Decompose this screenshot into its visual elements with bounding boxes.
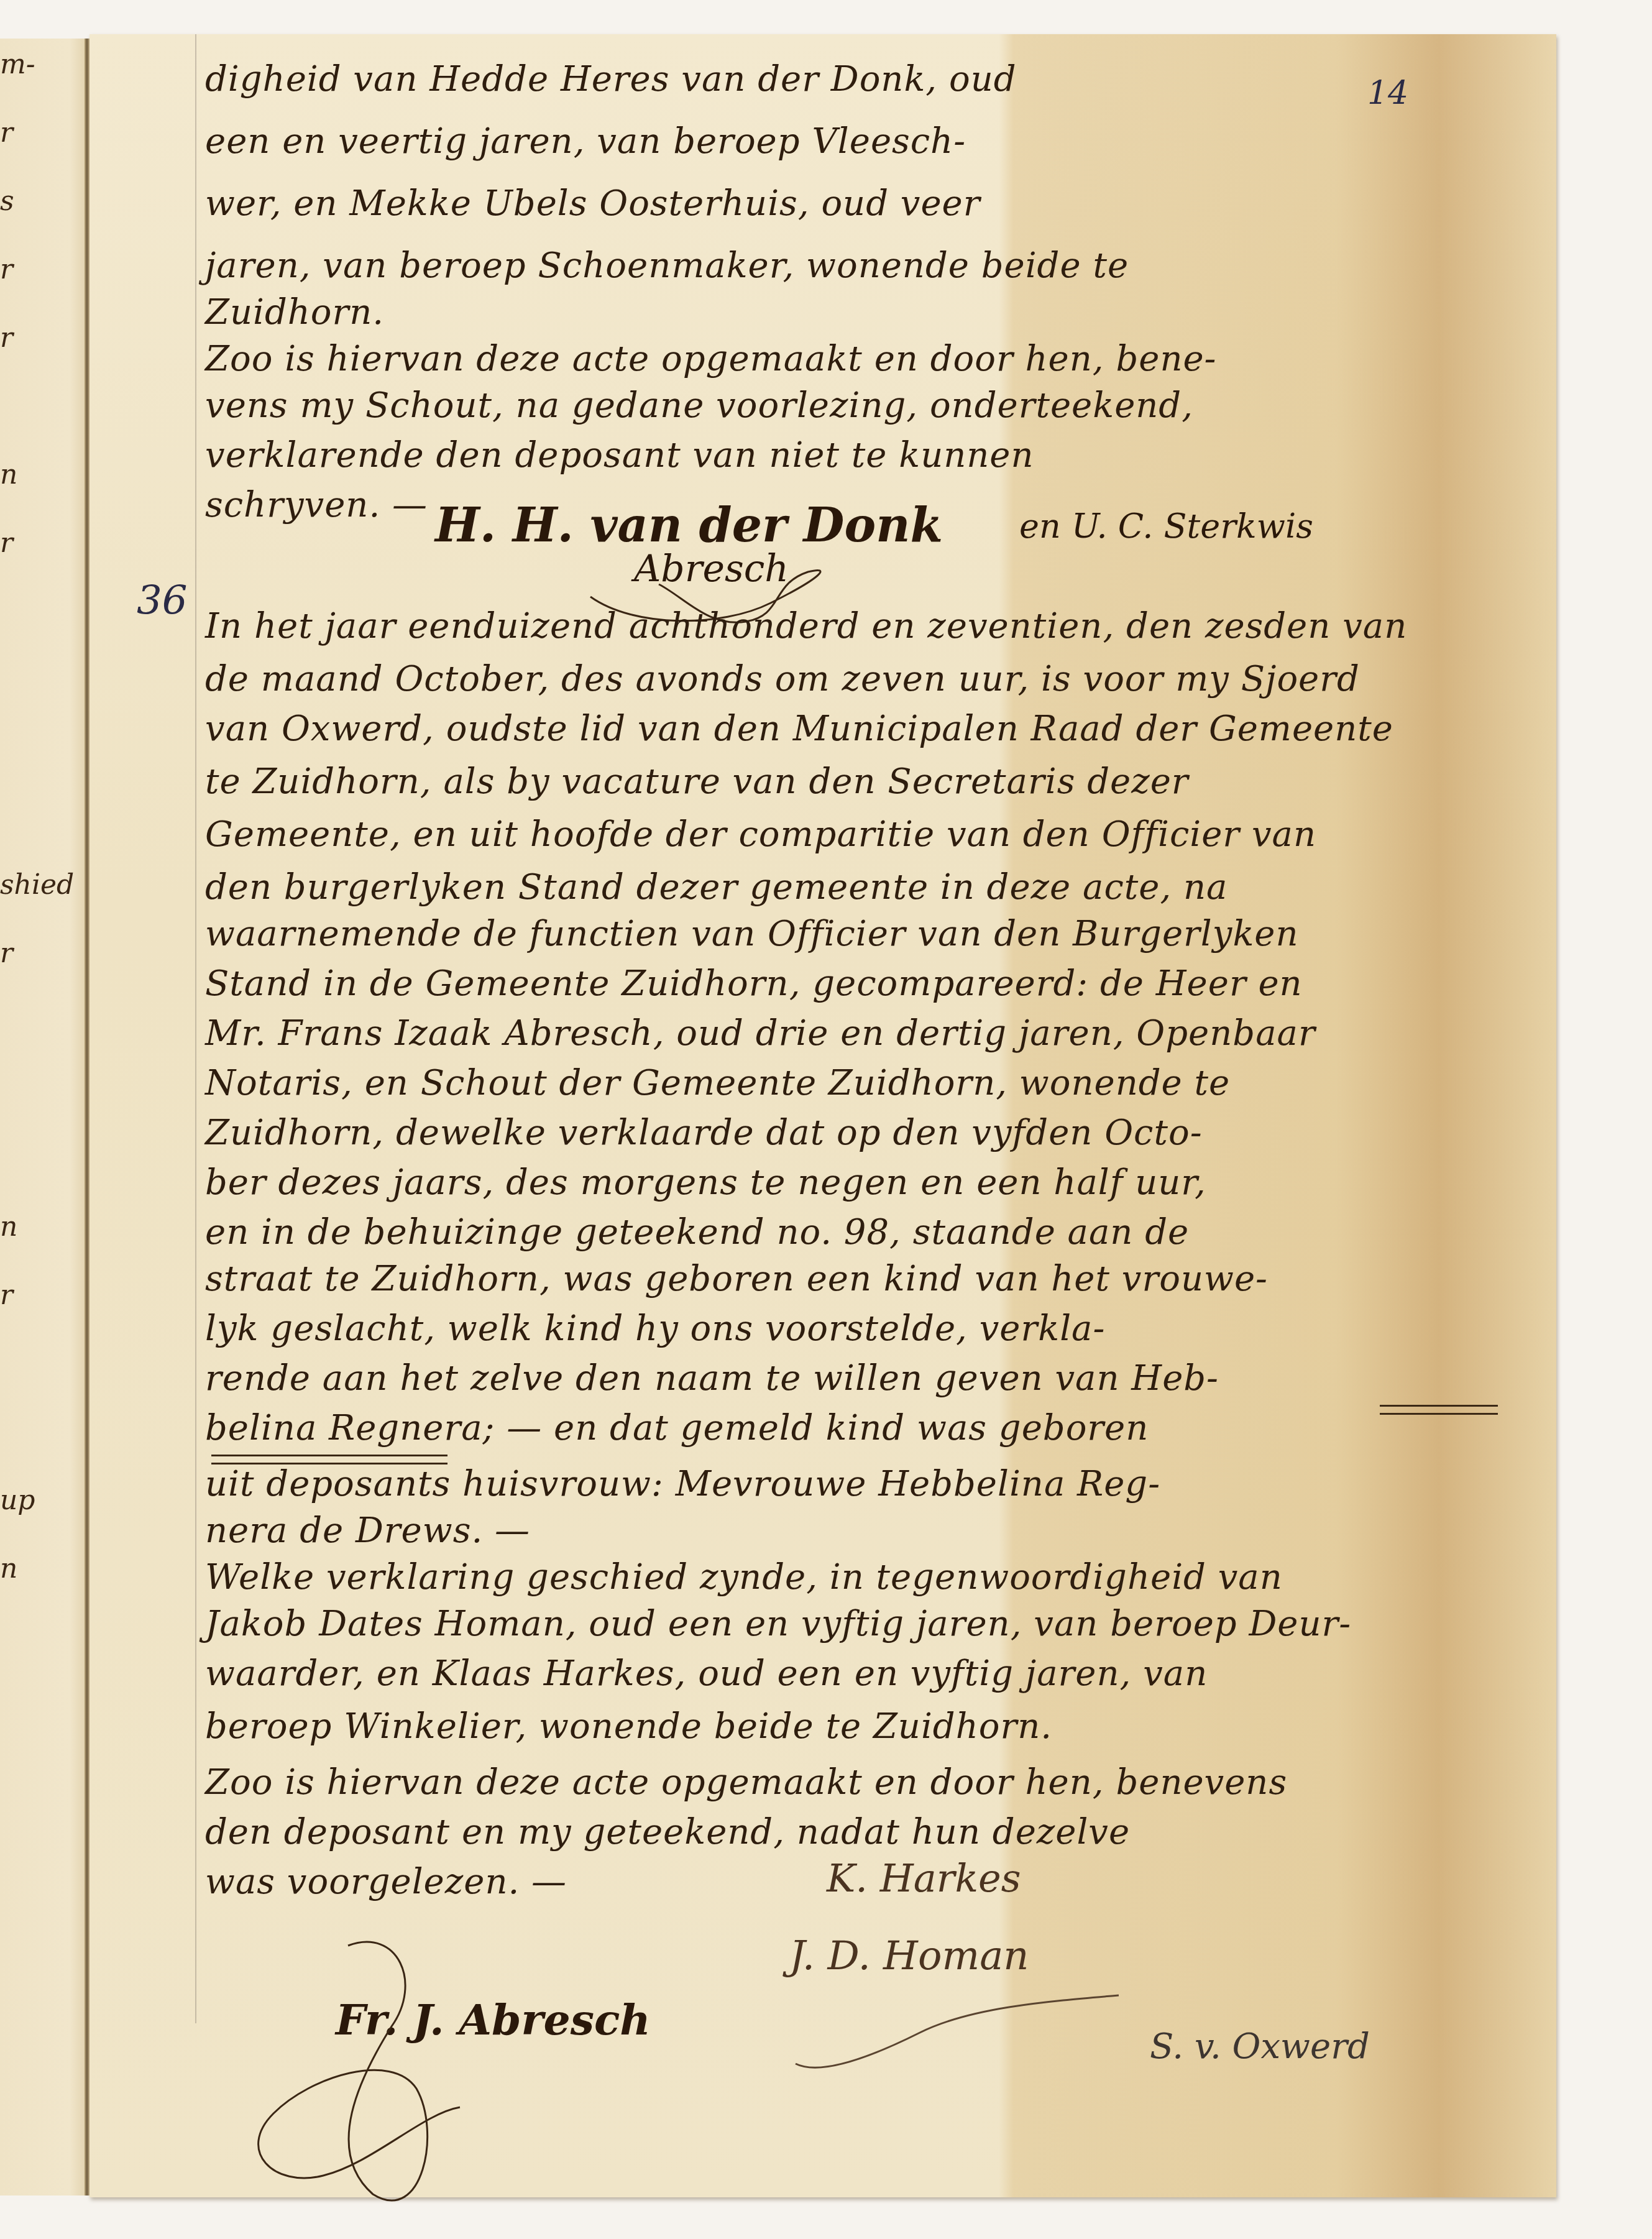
left-page-fragment: up	[0, 1487, 35, 1514]
text-line: en in de behuizinge geteekend no. 98, st…	[205, 1212, 1189, 1253]
left-page-fragment: s	[0, 188, 14, 215]
text-line: straat te Zuidhorn, was geboren een kind…	[205, 1259, 1268, 1299]
text-line: Notaris, en Schout der Gemeente Zuidhorn…	[205, 1063, 1230, 1103]
text-line: Jakob Dates Homan, oud een en vyftig jar…	[205, 1604, 1351, 1644]
name-underline	[1380, 1405, 1498, 1415]
text-line: beroep Winkelier, wonende beide te Zuidh…	[205, 1706, 1052, 1747]
text-line: Stand in de Gemeente Zuidhorn, gecompare…	[205, 963, 1303, 1004]
left-page-fragment: r	[0, 119, 13, 147]
folio-number: 14	[1367, 75, 1408, 112]
signature-harkes: K. Harkes	[827, 1855, 1021, 1901]
signature-flourish-icon	[236, 1927, 559, 2225]
name-underline	[211, 1455, 447, 1464]
text-line: nera de Drews. —	[205, 1510, 530, 1551]
text-line: digheid van Hedde Heres van der Donk, ou…	[205, 59, 1017, 99]
text-line: belina Regnera; — en dat gemeld kind was…	[205, 1408, 1149, 1448]
text-line: Zoo is hiervan deze acte opgemaakt en do…	[205, 1762, 1287, 1803]
book-gutter	[85, 39, 89, 2195]
left-page-fragment: r	[0, 530, 13, 557]
text-line: Welke verklaring geschied zynde, in tege…	[205, 1557, 1283, 1598]
left-page-fragment: n	[0, 1213, 17, 1241]
text-line: een en veertig jaren, van beroep Vleesch…	[205, 121, 966, 162]
text-line: In het jaar eenduizend achthonderd en ze…	[205, 606, 1407, 646]
signature-flourish-icon	[783, 1977, 1131, 2076]
text-line: te Zuidhorn, als by vacature van den Sec…	[205, 761, 1189, 802]
margin-rule	[195, 34, 196, 2023]
text-line: wer, en Mekke Ubels Oosterhuis, oud veer	[205, 183, 981, 224]
signature-sterkwis: en U. C. Sterkwis	[1019, 507, 1313, 546]
text-line: rende aan het zelve den naam te willen g…	[205, 1358, 1219, 1399]
text-line: schryven. —	[205, 485, 428, 525]
left-page-fragment: r	[0, 1282, 13, 1309]
left-page-fragment: n	[0, 1555, 17, 1583]
signature-van-der-donk: H. H. van der Donk	[435, 497, 943, 553]
signature-homan: J. D. Homan	[789, 1933, 1029, 1979]
act-number: 36	[137, 578, 187, 624]
text-line: Zuidhorn.	[205, 292, 384, 333]
text-line: vens my Schout, na gedane voorlezing, on…	[205, 385, 1193, 426]
text-line: van Oxwerd, oudste lid van den Municipal…	[205, 709, 1393, 749]
left-page-fragment: m-	[0, 51, 35, 78]
text-line: ber dezes jaars, des morgens te negen en…	[205, 1162, 1206, 1203]
text-line: de maand October, des avonds om zeven uu…	[205, 659, 1360, 699]
text-line: jaren, van beroep Schoenmaker, wonende b…	[205, 246, 1129, 286]
text-line: lyk geslacht, welk kind hy ons voorsteld…	[205, 1308, 1105, 1349]
text-line: waarnemende de functien van Officier van…	[205, 914, 1299, 954]
left-page-fragment: r	[0, 324, 13, 352]
text-line: Zoo is hiervan deze acte opgemaakt en do…	[205, 339, 1217, 379]
text-line: den burgerlyken Stand dezer gemeente in …	[205, 867, 1228, 908]
text-line: waarder, en Klaas Harkes, oud een en vyf…	[205, 1653, 1208, 1694]
left-page-fragment: shied	[0, 871, 74, 899]
text-line: Gemeente, en uit hoofde der comparitie v…	[205, 814, 1316, 855]
text-line: verklarende den deposant van niet te kun…	[205, 435, 1034, 476]
text-line: Mr. Frans Izaak Abresch, oud drie en der…	[205, 1013, 1316, 1054]
text-line: was voorgelezen. —	[205, 1862, 567, 1902]
left-page-fragment: r	[0, 256, 13, 283]
left-page-fragment: r	[0, 940, 13, 967]
left-page-edge: m-rsrrnrshiedrnrupn	[0, 39, 87, 2195]
text-line: Zuidhorn, dewelke verklaarde dat op den …	[205, 1113, 1203, 1153]
text-line: uit deposants huisvrouw: Mevrouwe Hebbel…	[205, 1464, 1160, 1504]
signature-oxwerd: S. v. Oxwerd	[1150, 2026, 1370, 2067]
text-line: den deposant en my geteekend, nadat hun …	[205, 1812, 1130, 1852]
left-page-fragment: n	[0, 461, 17, 489]
